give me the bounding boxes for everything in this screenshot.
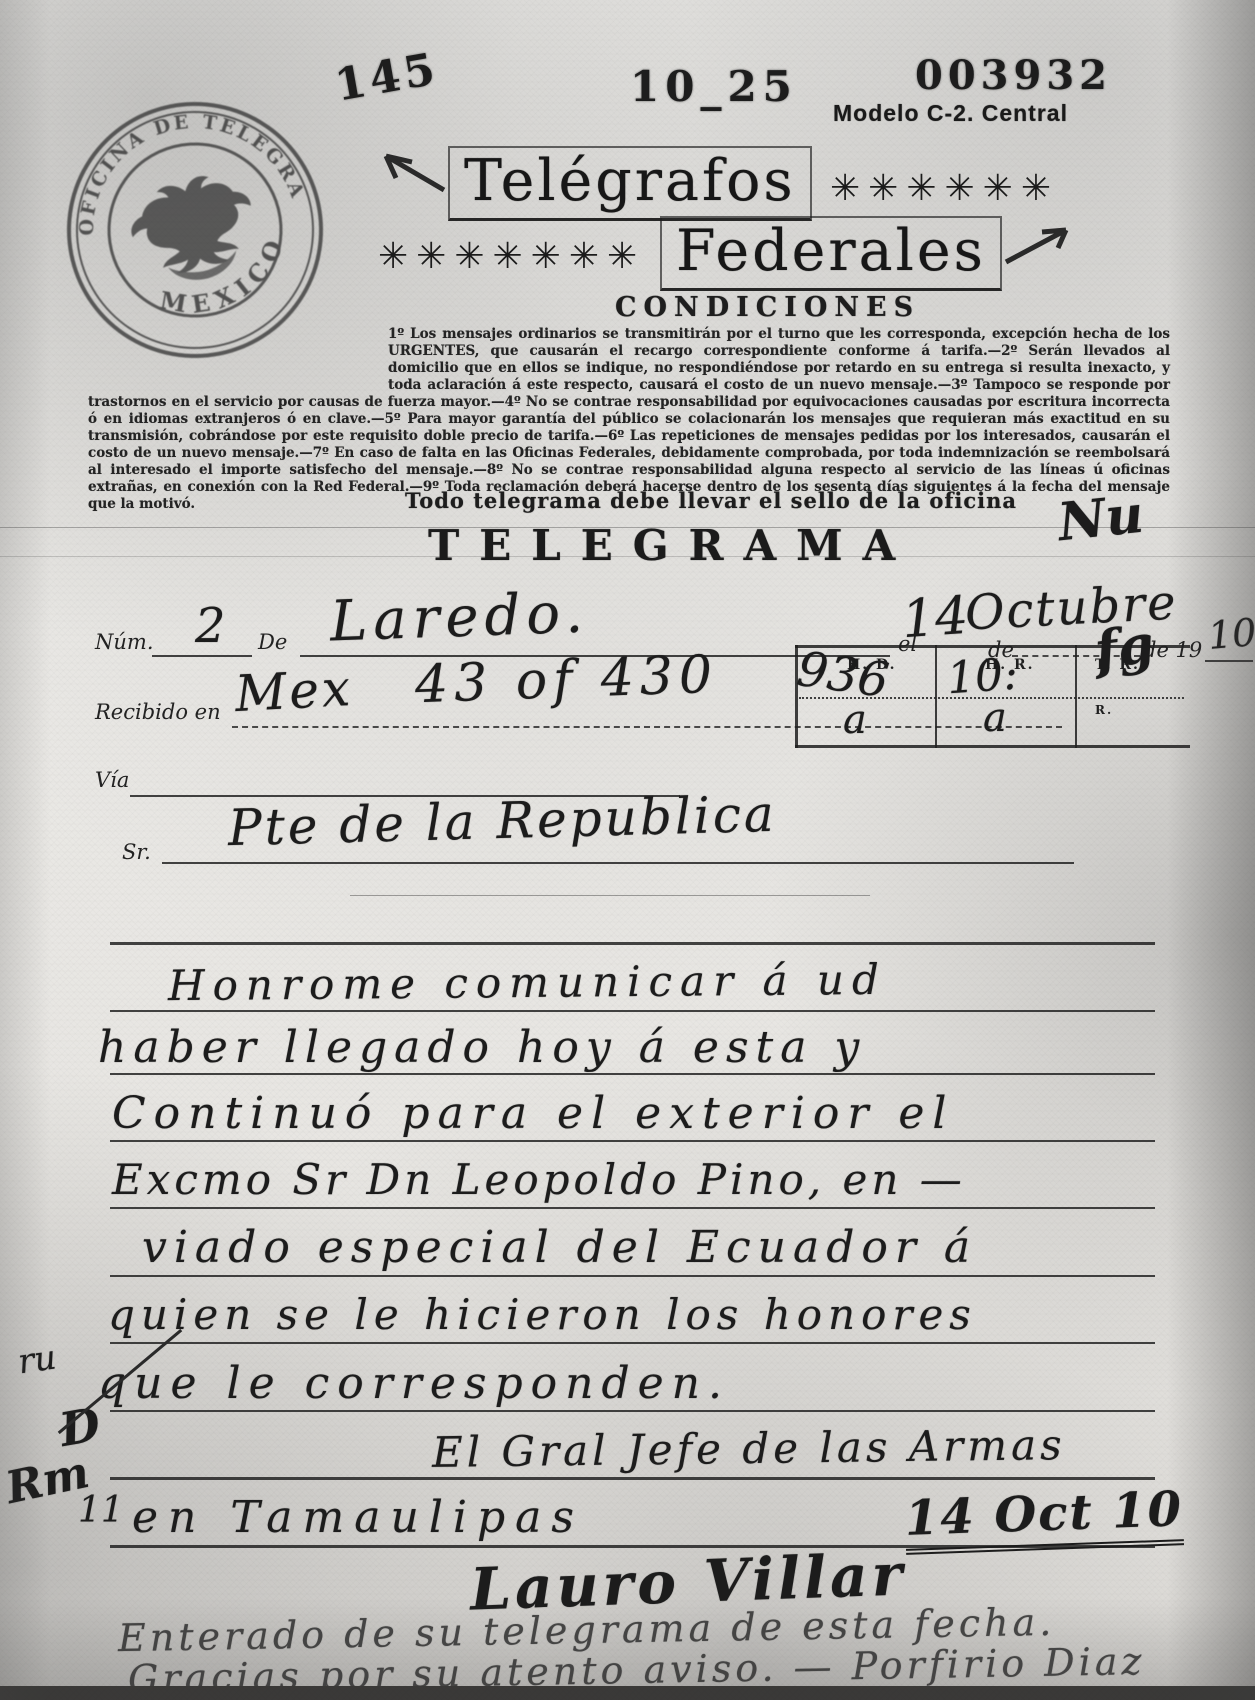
sender-line-1: El Gral Jefe de las Armas [432, 1420, 1066, 1477]
corner-annotation: Nu [1055, 484, 1146, 554]
margin-note-1: ru [15, 1338, 58, 1383]
serial-number: 003932 [915, 52, 1112, 99]
conditions-heading: CONDICIONES [615, 292, 920, 323]
recibido-label: Recibido en [95, 700, 221, 724]
masthead-word-1: Telégrafos [448, 146, 812, 221]
sr-label: Sr. [122, 840, 151, 864]
message-rule [110, 1342, 1155, 1344]
message-rule [110, 942, 1155, 945]
message-line-6: quien se le hicieron los honores [108, 1290, 977, 1339]
origin-value: Laredo. [329, 581, 590, 655]
via-label: Vía [95, 768, 129, 792]
masthead-word-2: Federales [660, 216, 1002, 291]
message-rule [110, 1140, 1155, 1142]
ornament-stars-right: ✳✳✳✳✳✳ [830, 168, 1059, 209]
time-box-bottom-border [795, 745, 1190, 748]
message-rule [110, 1073, 1155, 1075]
message-rule [350, 895, 870, 896]
seal-notice: Todo telegrama debe llevar el sello de l… [405, 488, 1017, 513]
telegram-document: 145 10_25 003932 Modelo C-2. Central OFI… [0, 0, 1255, 1700]
tariff-stamp: 10_25 [630, 62, 798, 111]
message-line-1: Honrome comunicar á ud [168, 955, 887, 1010]
message-rule [110, 1010, 1155, 1012]
sr-underline [162, 862, 1074, 864]
message-line-4: Excmo Sr Dn Leopoldo Pino, en — [112, 1155, 966, 1204]
time-sub-value-1: a [843, 697, 867, 743]
flourish-arrow-icon [382, 150, 452, 204]
day-value: 14 [900, 586, 970, 650]
message-line-7: que le corresponden. [98, 1358, 730, 1409]
message-line-3: Continuó para el exterior el [112, 1088, 954, 1139]
model-label: Modelo C-2. Central [833, 100, 1068, 127]
message-rule [110, 1275, 1155, 1277]
time-sub-value-2: a [983, 695, 1007, 741]
telegram-heading: TELEGRAMA [428, 521, 915, 570]
margin-note-4: 11 [78, 1490, 124, 1531]
sender-line-2: en Tamaulipas [132, 1492, 584, 1543]
date-note: 14 Oct 10 [904, 1481, 1184, 1555]
col-subheader-r: R. [1095, 703, 1113, 717]
year-underline [1205, 660, 1253, 662]
ornament-stars-left: ✳✳✳✳✳✳✳ [378, 236, 645, 277]
num-underline [152, 655, 252, 657]
recibido-nums-value: 43 of 430 [414, 645, 719, 716]
time-tr-value: fg [1091, 613, 1158, 682]
year-value: 10 [1206, 610, 1255, 658]
message-line-2: haber llegado hoy á esta y [98, 1022, 866, 1073]
num-label: Núm. [95, 630, 154, 654]
time-box: H. D. H. R. T. R. R. 936 10: fg a a [795, 645, 1190, 748]
ref-number-stamp: 145 [331, 43, 442, 111]
bottom-scan-bar [0, 1686, 1255, 1700]
flourish-arrow-icon-2 [1000, 222, 1072, 274]
message-rule [110, 1477, 1155, 1480]
message-line-5: viado especial del Ecuador á [142, 1222, 977, 1273]
message-rule [110, 1207, 1155, 1209]
seal-wrap-spacer [88, 326, 388, 394]
num-value: 2 [195, 598, 226, 654]
conditions-paragraph: 1º Los mensajes ordinarios se transmitir… [88, 326, 1170, 513]
recibido-office-value: Mex [234, 659, 355, 723]
message-rule [110, 1410, 1155, 1412]
origin-label: De [258, 630, 287, 654]
